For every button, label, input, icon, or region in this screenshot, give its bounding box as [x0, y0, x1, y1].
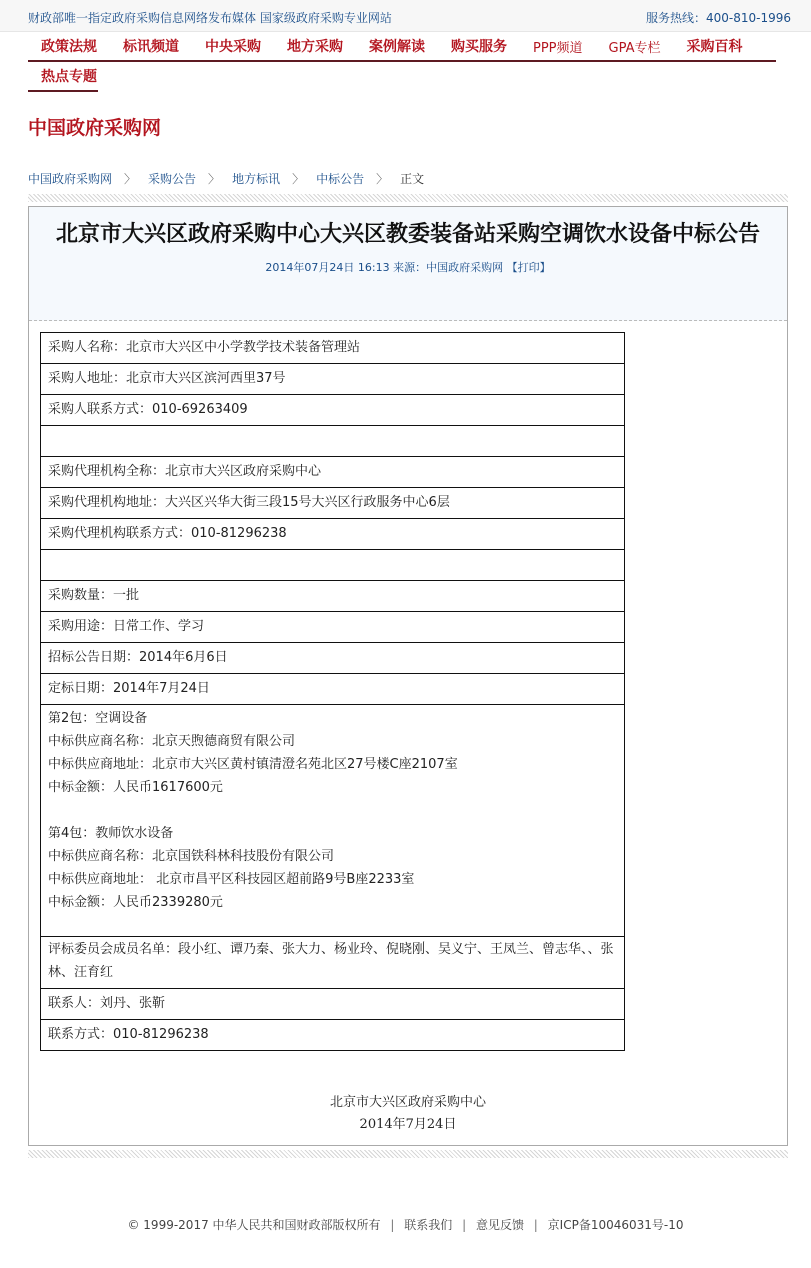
empty-row — [41, 550, 625, 581]
signature-date: 2014年7月24日 — [29, 1114, 787, 1136]
table-row: 联系方式：010-81296238 — [41, 1020, 625, 1051]
agency-address: 采购代理机构地址：大兴区兴华大街三段15号大兴区行政服务中心6层 — [41, 488, 625, 519]
nav-item-cases[interactable]: 案例解读 — [356, 36, 438, 56]
nav-item-local[interactable]: 地方采购 — [274, 36, 356, 56]
hatch-divider-bottom — [28, 1150, 788, 1158]
award-date: 定标日期：2014年7月24日 — [41, 674, 625, 705]
contact-phone: 联系方式：010-81296238 — [41, 1020, 625, 1051]
table-row: 招标公告日期：2014年6月6日 — [41, 643, 625, 674]
table-row: 采购代理机构全称：北京市大兴区政府采购中心 — [41, 457, 625, 488]
package-2: 第2包：空调设备 中标供应商名称：北京天煦德商贸有限公司 中标供应商地址：北京市… — [48, 707, 617, 799]
purchase-purpose: 采购用途：日常工作、学习 — [41, 612, 625, 643]
package-title: 第4包：教师饮水设备 — [48, 822, 617, 845]
footer: © 1999-2017 中华人民共和国财政部版权所有 | 联系我们 | 意见反馈… — [0, 1216, 811, 1233]
purchaser-name: 采购人名称：北京市大兴区中小学教学技术装备管理站 — [41, 333, 625, 364]
nav-item-hot-topics[interactable]: 热点专题 — [28, 66, 110, 86]
table-row: 联系人：刘丹、张靳 — [41, 989, 625, 1020]
breadcrumb-home[interactable]: 中国政府采购网 — [28, 170, 112, 187]
article-header: 北京市大兴区政府采购中心大兴区教委装备站采购空调饮水设备中标公告 2014年07… — [29, 207, 787, 321]
divider: | — [390, 1218, 394, 1232]
feedback-link[interactable]: 意见反馈 — [476, 1218, 524, 1232]
chevron-right-icon: 〉 — [208, 170, 220, 187]
signature-org: 北京市大兴区政府采购中心 — [29, 1092, 787, 1114]
nav-item-policy[interactable]: 政策法规 — [28, 36, 110, 56]
table-row: 定标日期：2014年7月24日 — [41, 674, 625, 705]
signature: 北京市大兴区政府采购中心 2014年7月24日 — [29, 1092, 787, 1136]
table-row: 采购人名称：北京市大兴区中小学教学技术装备管理站 — [41, 333, 625, 364]
agency-name: 采购代理机构全称：北京市大兴区政府采购中心 — [41, 457, 625, 488]
purchase-quantity: 采购数量：一批 — [41, 581, 625, 612]
chevron-right-icon: 〉 — [376, 170, 388, 187]
copyright: © 1999-2017 中华人民共和国财政部版权所有 — [127, 1218, 380, 1232]
package-amount: 中标金额：人民币1617600元 — [48, 776, 617, 799]
package-supplier: 中标供应商名称：北京国铁科林科技股份有限公司 — [48, 845, 617, 868]
article-meta: 2014年07月24日 16:13 来源：中国政府采购网 【打印】 — [29, 259, 787, 275]
table-row — [41, 426, 625, 457]
nav-item-central[interactable]: 中央采购 — [192, 36, 274, 56]
nav-row-1: 政策法规 标讯频道 中央采购 地方采购 案例解读 购买服务 PPP频道 GPA专… — [28, 32, 776, 62]
site-slogan: 财政部唯一指定政府采购信息网络发布媒体 国家级政府采购专业网站 — [28, 9, 392, 26]
breadcrumb-current: 正文 — [400, 170, 424, 187]
nav-item-encyclopedia[interactable]: 采购百科 — [674, 36, 756, 56]
purchaser-contact: 采购人联系方式：010-69263409 — [41, 395, 625, 426]
article: 北京市大兴区政府采购中心大兴区教委装备站采购空调饮水设备中标公告 2014年07… — [28, 206, 788, 1146]
source-name: 中国政府采购网 — [426, 261, 503, 274]
package-address: 中标供应商地址： 北京市昌平区科技园区超前路9号B座2233室 — [48, 868, 617, 891]
table-row — [41, 550, 625, 581]
empty-row — [41, 426, 625, 457]
package-amount: 中标金额：人民币2339280元 — [48, 891, 617, 914]
service-hotline: 服务热线：400-810-1996 — [646, 9, 791, 26]
article-title: 北京市大兴区政府采购中心大兴区教委装备站采购空调饮水设备中标公告 — [29, 207, 787, 249]
package-address: 中标供应商地址：北京市大兴区黄村镇清澄名苑北区27号楼C座2107室 — [48, 753, 617, 776]
table-row: 评标委员会成员名单：段小红、谭乃秦、张大力、杨业玲、倪晓刚、吴义宁、王凤兰、曾志… — [41, 937, 625, 989]
nav-row-2: 热点专题 — [28, 62, 98, 92]
hatch-divider-top — [28, 194, 788, 202]
table-row: 第2包：空调设备 中标供应商名称：北京天煦德商贸有限公司 中标供应商地址：北京市… — [41, 705, 625, 937]
tender-notice-date: 招标公告日期：2014年6月6日 — [41, 643, 625, 674]
print-link[interactable]: 【打印】 — [507, 261, 551, 274]
table-row: 采购代理机构联系方式：010-81296238 — [41, 519, 625, 550]
breadcrumb-local-bids[interactable]: 地方标讯 — [232, 170, 280, 187]
nav-item-services[interactable]: 购买服务 — [438, 36, 520, 56]
contact-us-link[interactable]: 联系我们 — [404, 1218, 452, 1232]
icp-link[interactable]: 京ICP备10046031号-10 — [548, 1218, 684, 1232]
table-row: 采购用途：日常工作、学习 — [41, 612, 625, 643]
table-row: 采购人联系方式：010-69263409 — [41, 395, 625, 426]
committee-members: 评标委员会成员名单：段小红、谭乃秦、张大力、杨业玲、倪晓刚、吴义宁、王凤兰、曾志… — [41, 937, 625, 989]
main-nav: 政策法规 标讯频道 中央采购 地方采购 案例解读 购买服务 PPP频道 GPA专… — [28, 32, 776, 92]
package-supplier: 中标供应商名称：北京天煦德商贸有限公司 — [48, 730, 617, 753]
table-row: 采购人地址：北京市大兴区滨河西里37号 — [41, 364, 625, 395]
table-row: 采购数量：一批 — [41, 581, 625, 612]
site-logo[interactable]: 中国政府采购网 — [28, 113, 161, 140]
table-row: 采购代理机构地址：大兴区兴华大街三段15号大兴区行政服务中心6层 — [41, 488, 625, 519]
publish-datetime: 2014年07月24日 16:13 — [265, 261, 389, 274]
package-4: 第4包：教师饮水设备 中标供应商名称：北京国铁科林科技股份有限公司 中标供应商地… — [48, 822, 617, 914]
packages-cell: 第2包：空调设备 中标供应商名称：北京天煦德商贸有限公司 中标供应商地址：北京市… — [41, 705, 625, 937]
breadcrumb-announcements[interactable]: 采购公告 — [148, 170, 196, 187]
chevron-right-icon: 〉 — [292, 170, 304, 187]
nav-item-gpa[interactable]: GPA专栏 — [596, 37, 674, 56]
nav-item-bidding[interactable]: 标讯频道 — [110, 36, 192, 56]
chevron-right-icon: 〉 — [124, 170, 136, 187]
award-info-table: 采购人名称：北京市大兴区中小学教学技术装备管理站 采购人地址：北京市大兴区滨河西… — [40, 332, 625, 1051]
nav-item-ppp[interactable]: PPP频道 — [520, 37, 596, 56]
top-bar: 财政部唯一指定政府采购信息网络发布媒体 国家级政府采购专业网站 服务热线：400… — [0, 0, 811, 32]
breadcrumb-award-notices[interactable]: 中标公告 — [316, 170, 364, 187]
breadcrumb: 中国政府采购网 〉 采购公告 〉 地方标讯 〉 中标公告 〉 正文 — [28, 170, 424, 187]
divider: | — [462, 1218, 466, 1232]
package-title: 第2包：空调设备 — [48, 707, 617, 730]
divider: | — [534, 1218, 538, 1232]
source-label: 来源： — [393, 261, 426, 274]
contact-person: 联系人：刘丹、张靳 — [41, 989, 625, 1020]
agency-contact: 采购代理机构联系方式：010-81296238 — [41, 519, 625, 550]
purchaser-address: 采购人地址：北京市大兴区滨河西里37号 — [41, 364, 625, 395]
